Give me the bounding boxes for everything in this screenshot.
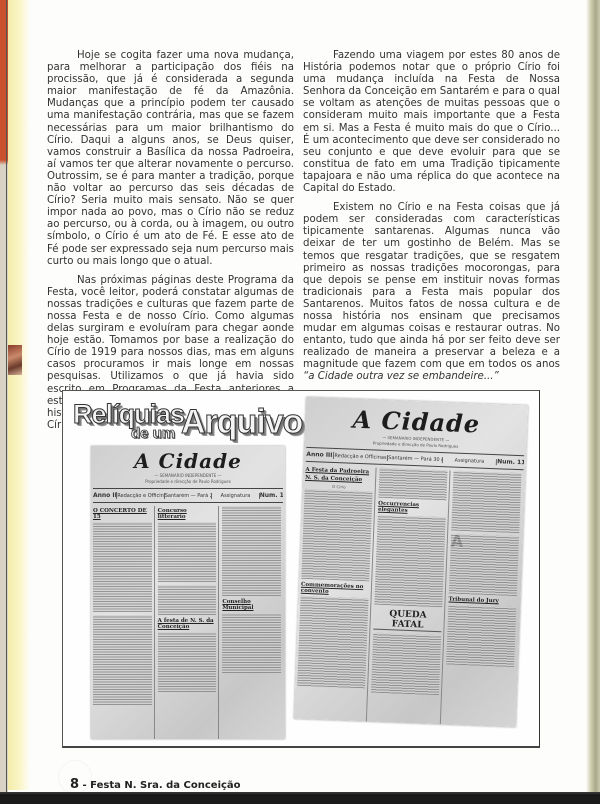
page-gutter bbox=[8, 0, 30, 790]
paragraph: Fazendo uma viagem por estes 80 anos de … bbox=[303, 50, 560, 195]
newspaper-clipping-left: A Cidade — SEMANARIO INDEPENDENTE — Prop… bbox=[91, 446, 285, 739]
footer-title: Festa N. Sra. da Conceição bbox=[90, 780, 240, 791]
newspaper-columns: A Festa da Padroeira N. S. da Conceição … bbox=[294, 465, 524, 727]
newspaper-headline: O CONCERTO DE 15 bbox=[93, 508, 152, 520]
info-number: Num. 116 bbox=[260, 492, 283, 499]
newspaper-headline: Tribunal do Jury bbox=[448, 596, 516, 605]
paragraph: Existem no Círio e na Festa coisas que j… bbox=[303, 202, 560, 383]
newspaper-headline-queda-fatal: QUEDA FATAL bbox=[373, 609, 442, 633]
footer-separator: - bbox=[79, 780, 90, 791]
text-block bbox=[158, 522, 217, 582]
newspaper-headline: N. S. da Conceição bbox=[305, 475, 373, 484]
text-block bbox=[222, 613, 281, 673]
archive-image-panel: Relíquias de um Arquivo A Cidade — SEMAN… bbox=[62, 390, 540, 748]
page-footer: 8 - Festa N. Sra. da Conceição bbox=[70, 777, 241, 792]
newspaper-info-bar: Anno III Redacção e Officinas Santarém —… bbox=[93, 488, 283, 503]
text-block bbox=[449, 534, 519, 597]
text-block bbox=[451, 471, 521, 534]
text-block bbox=[301, 489, 372, 582]
text-block bbox=[371, 633, 441, 696]
article-left-column: Hoje se cogita fazer uma nova mudança, p… bbox=[47, 50, 294, 439]
newspaper-column: A Festa da Padroeira N. S. da Conceição … bbox=[294, 465, 377, 727]
text-block bbox=[93, 615, 152, 705]
quote: “a Cidade outra vez se embandeire...” bbox=[303, 371, 499, 382]
info-year: Anno III bbox=[306, 451, 334, 459]
info-number: Num. 117 bbox=[497, 458, 524, 466]
newspaper-headline: A Festa da Padroeira bbox=[305, 467, 373, 476]
paragraph-text: Existem no Círio e na Festa coisas que j… bbox=[303, 202, 560, 370]
newspaper-headline: Commemorações no convento bbox=[301, 582, 369, 597]
info-subscription: Assignatura bbox=[443, 457, 498, 465]
text-block bbox=[378, 468, 447, 501]
newspaper-masthead: A Cidade bbox=[91, 449, 285, 473]
newspaper-column: A Tribunal do Jury bbox=[441, 471, 523, 728]
text-block bbox=[158, 585, 217, 615]
newspaper-headline: A festa de N. S. da Conceição bbox=[158, 618, 217, 630]
newspaper-subtitle-2: Propriedade e direcção de Paulo Rodrigue… bbox=[91, 479, 285, 485]
info-date: Santarém — Pará 23 de Novembro de 1919 bbox=[165, 493, 213, 499]
info-year: Anno III bbox=[93, 492, 117, 499]
scan-bottom-edge bbox=[0, 792, 600, 804]
info-date: Santarém — Pará 30 de Novembro de 1919 bbox=[388, 455, 443, 463]
article-right-column: Fazendo uma viagem por estes 80 anos de … bbox=[303, 50, 560, 391]
paragraph: Hoje se cogita fazer uma nova mudança, p… bbox=[47, 50, 294, 268]
text-block bbox=[93, 522, 152, 612]
info-office: Redacção e Officinas bbox=[117, 493, 165, 499]
newspaper-column: Occurrencias elegantes QUEDA FATAL bbox=[367, 468, 450, 727]
newspaper-column: O CONCERTO DE 15 bbox=[93, 506, 155, 739]
text-block bbox=[297, 596, 368, 689]
text-block bbox=[374, 515, 445, 608]
newspaper-headline: Occurrencias elegantes bbox=[378, 501, 446, 516]
adjacent-page-photo-fragment bbox=[8, 345, 22, 375]
newspaper-column: Concurso litterario A festa de N. S. da … bbox=[158, 506, 220, 739]
binding-line bbox=[6, 0, 7, 804]
newspaper-headline: Conselho Municipal bbox=[222, 599, 281, 611]
scan-edge-shadow bbox=[0, 792, 600, 796]
logo-word-de-um: de um bbox=[131, 425, 175, 442]
text-block bbox=[446, 604, 516, 667]
newspaper-clipping-right: A Cidade — SEMANARIO INDEPENDENTE — Prop… bbox=[294, 397, 528, 727]
reliquias-logo: Relíquias de um Arquivo bbox=[73, 399, 273, 453]
page-right-edge bbox=[586, 0, 600, 804]
info-office: Redacção e Officinas bbox=[334, 452, 389, 460]
newspaper-headline: Concurso litterario bbox=[158, 508, 217, 520]
info-subscription: Assignatura bbox=[212, 493, 260, 499]
text-block bbox=[158, 632, 217, 692]
newspaper-columns: O CONCERTO DE 15 Concurso litterario A f… bbox=[93, 506, 283, 739]
newspaper-column: Conselho Municipal bbox=[222, 506, 283, 739]
page-number: 8 bbox=[70, 777, 79, 792]
logo-word-arquivo: Arquivo bbox=[181, 403, 302, 442]
text-block bbox=[222, 506, 281, 596]
